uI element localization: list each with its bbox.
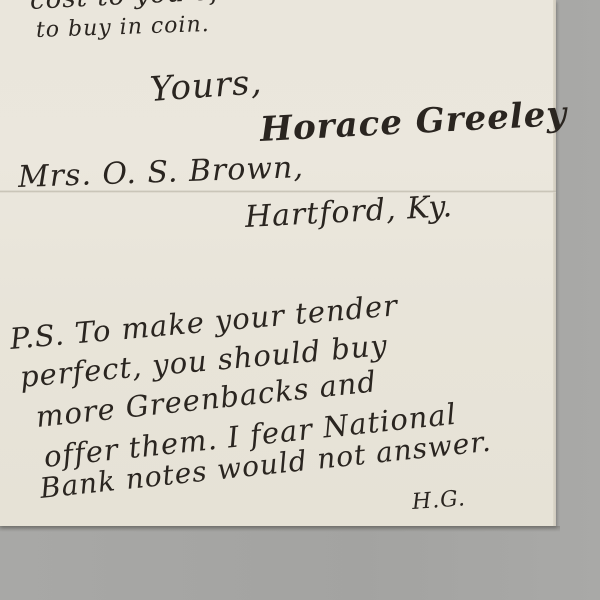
- letter-paper: cost to you of to buy in coin. Yours, Ho…: [0, 0, 556, 526]
- body-line-2: to buy in coin.: [36, 12, 210, 43]
- closing: Yours,: [149, 62, 264, 110]
- postscript-initials: H.G.: [411, 486, 467, 515]
- addressee-name: Mrs. O. S. Brown,: [17, 150, 304, 195]
- paper-shadow: [0, 526, 560, 532]
- signature: Horace Greeley: [259, 94, 568, 150]
- scene: cost to you of to buy in coin. Yours, Ho…: [0, 0, 600, 600]
- paper-edge: [553, 0, 556, 526]
- addressee-location: Hartford, Ky.: [244, 189, 454, 235]
